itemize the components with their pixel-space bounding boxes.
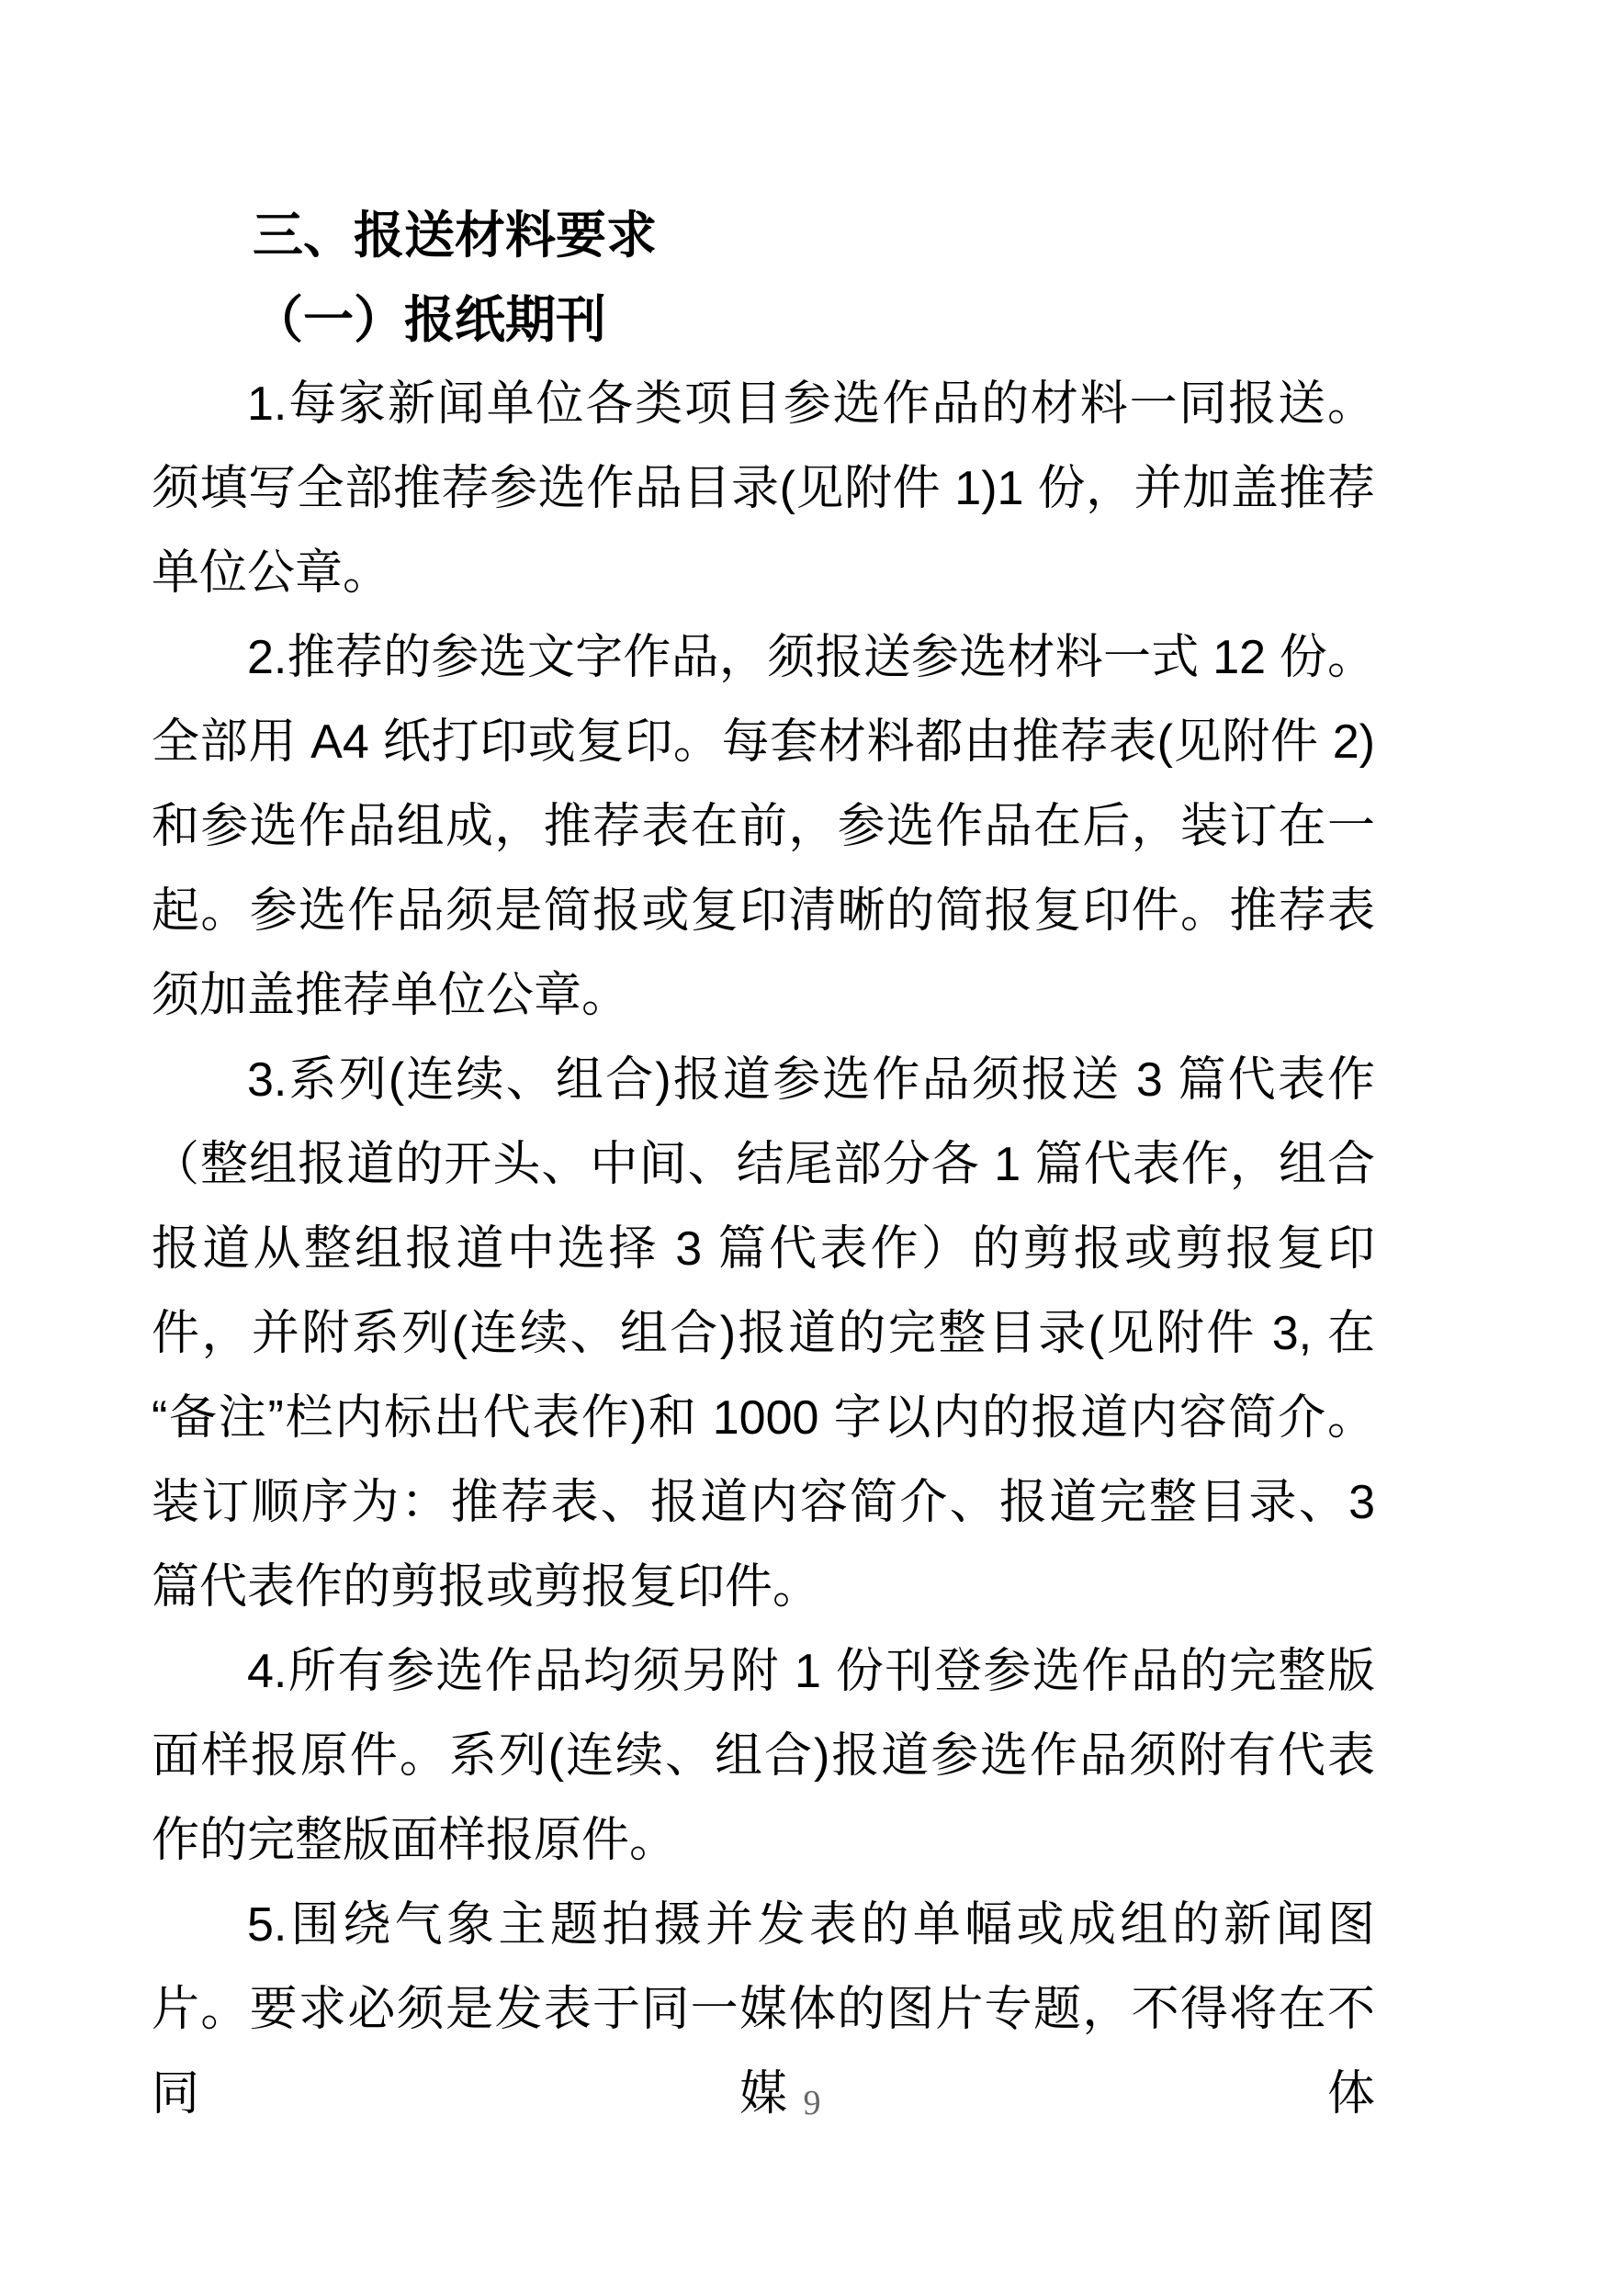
document-body: 三、报送材料要求 （一）报纸期刊 1.每家新闻单位各类项目参选作品的材料一同报送…: [152, 193, 1375, 2136]
paragraph-item-4: 4.所有参选作品均须另附 1 份刊登参选作品的完整版面样报原件。系列(连续、组合…: [152, 1629, 1375, 1883]
subsection-heading: （一）报纸期刊: [152, 277, 1375, 362]
section-heading: 三、报送材料要求: [152, 193, 1375, 277]
paragraph-item-3: 3.系列(连续、组合)报道参选作品须报送 3 篇代表作（整组报道的开头、中间、结…: [152, 1038, 1375, 1629]
page-number: 9: [0, 2083, 1624, 2123]
paragraph-item-1: 1.每家新闻单位各类项目参选作品的材料一同报送。须填写全部推荐参选作品目录(见附…: [152, 362, 1375, 615]
paragraph-item-2: 2.推荐的参选文字作品，须报送参选材料一式 12 份。全部用 A4 纸打印或复印…: [152, 615, 1375, 1038]
document-page: 三、报送材料要求 （一）报纸期刊 1.每家新闻单位各类项目参选作品的材料一同报送…: [0, 0, 1624, 2296]
